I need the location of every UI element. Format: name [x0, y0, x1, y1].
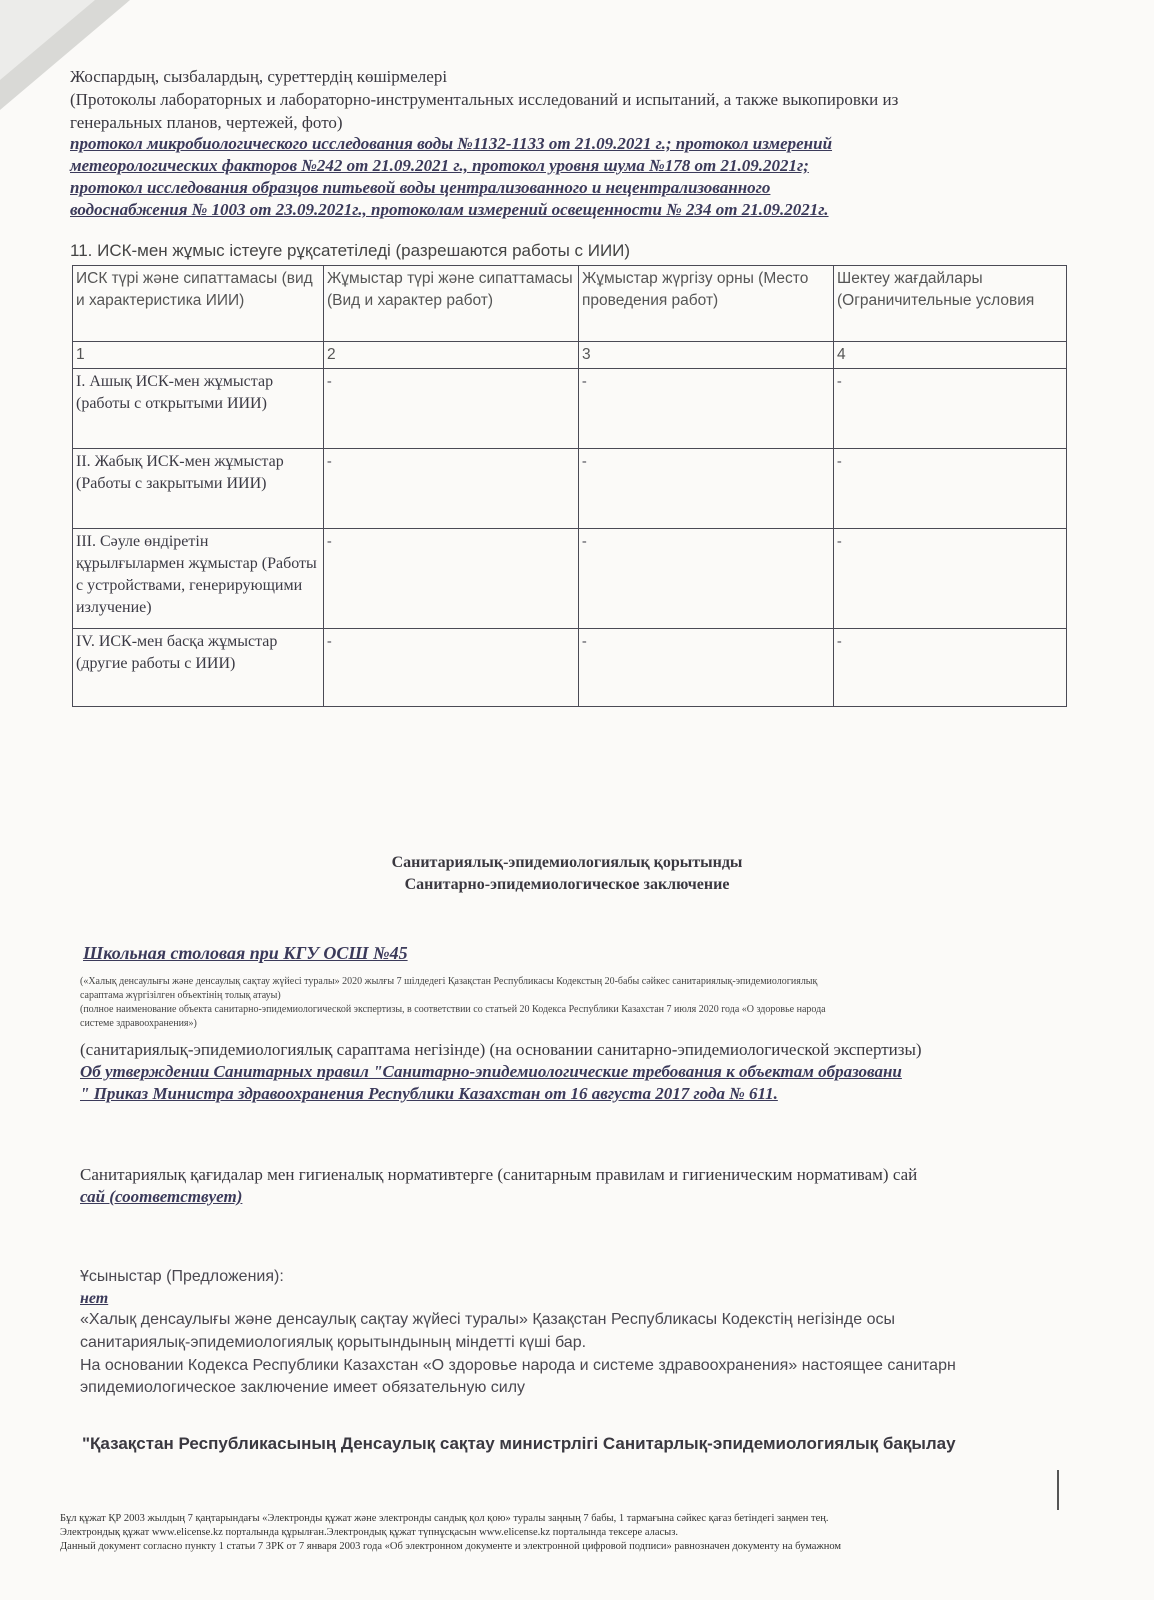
radiation-works-table: ИСК түрі және сипаттамасы (вид и характе… [72, 265, 1067, 707]
table-number-row: 1 2 3 4 [73, 342, 1067, 369]
protocol-line-4: водоснабжения № 1003 от 23.09.2021г., пр… [70, 199, 829, 221]
column-number: 4 [834, 342, 1067, 369]
conclusion-title-kz: Санитариялық-эпидемиологиялық қорытынды [0, 854, 1144, 872]
protocols-description-cont: генеральных планов, чертежей, фото) [70, 112, 343, 134]
cell-value: - [834, 449, 1067, 529]
object-note-kz: («Халық денсаулығы және денсаулық сақтау… [80, 975, 817, 988]
legal-note-kz-cont: санитариялық-эпидемиологиялық қорытындын… [80, 1334, 586, 1352]
cell-value: - [324, 629, 579, 707]
header-cell: Шектеу жағдайлары (Ограничительные услов… [834, 266, 1067, 342]
protocol-line-3: протокол исследования образцов питьевой … [70, 177, 770, 199]
row-label: III. Сәуле өндіретін құрылғылармен жұмыс… [73, 529, 324, 629]
scanned-document-page: Жоспардың, сызбалардың, суреттердің көші… [0, 0, 1154, 1600]
cell-value: - [834, 529, 1067, 629]
legal-note-ru: На основании Кодекса Республики Казахста… [80, 1357, 956, 1375]
column-number: 1 [73, 342, 324, 369]
cell-value: - [834, 629, 1067, 707]
cell-value: - [579, 369, 834, 449]
column-number: 2 [324, 342, 579, 369]
cell-value: - [324, 449, 579, 529]
compliance-value: сай (соответствует) [80, 1187, 242, 1207]
table-header-row: ИСК түрі және сипаттамасы (вид и характе… [73, 266, 1067, 342]
object-name: Школьная столовая при КГУ ОСШ №45 [83, 943, 408, 964]
row-label: II. Жабық ИСК-мен жұмыстар (Работы с зак… [73, 449, 324, 529]
header-cell: Жұмыстар түрі және сипаттамасы (Вид и ха… [324, 266, 579, 342]
table-row: I. Ашық ИСК-мен жұмыстар (работы с откры… [73, 369, 1067, 449]
plans-copies-heading: Жоспардың, сызбалардың, суреттердің көші… [70, 66, 447, 88]
cell-value: - [834, 369, 1067, 449]
cell-value: - [579, 629, 834, 707]
header-cell: ИСК түрі және сипаттамасы (вид и характе… [73, 266, 324, 342]
margin-mark [1057, 1470, 1059, 1510]
protocols-description: (Протоколы лабораторных и лабораторно-ин… [70, 89, 898, 111]
section-ii-title: 11. ИСК-мен жұмыс істеуге рұқсатетіледі … [70, 241, 630, 261]
object-note-ru: (полное наименование объекта санитарно-э… [80, 1003, 826, 1016]
header-cell: Жұмыстар жүргізу орны (Место проведения … [579, 266, 834, 342]
expertise-basis: (санитариялық-эпидемиологиялық сараптама… [80, 1040, 922, 1060]
table-row: II. Жабық ИСК-мен жұмыстар (Работы с зак… [73, 449, 1067, 529]
legal-note-ru-cont: эпидемиологическое заключение имеет обяз… [80, 1379, 525, 1397]
cell-value: - [324, 529, 579, 629]
object-note-ru-cont: системе здравоохранения») [80, 1017, 197, 1030]
cell-value: - [579, 449, 834, 529]
object-note-kz-cont: сараптама жүргізілген объектінің толық а… [80, 989, 281, 1002]
basis-document-line-1: Об утверждении Санитарных правил "Санита… [80, 1062, 902, 1082]
basis-document-line-2: " Приказ Министра здравоохранения Респуб… [80, 1084, 778, 1104]
footer-line-2: Электрондық құжат www.elicense.kz портал… [60, 1526, 678, 1540]
proposals-value: нет [80, 1290, 108, 1308]
footer-line-3: Данный документ согласно пункту 1 статьи… [60, 1540, 841, 1554]
proposals-label: Ұсыныстар (Предложения): [80, 1268, 284, 1286]
row-label: I. Ашық ИСК-мен жұмыстар (работы с откры… [73, 369, 324, 449]
compliance-statement: Санитариялық қағидалар мен гигиеналық но… [80, 1165, 917, 1185]
footer-line-1: Бұл құжат ҚР 2003 жылдың 7 қаңтарындағы … [60, 1512, 828, 1526]
protocol-line-1: протокол микробиологического исследовани… [70, 133, 832, 155]
cell-value: - [579, 529, 834, 629]
row-label: IV. ИСК-мен басқа жұмыстар (другие работ… [73, 629, 324, 707]
issuing-authority: "Қазақстан Республикасының Денсаулық сақ… [82, 1434, 956, 1454]
conclusion-title-ru: Санитарно-эпидемиологическое заключение [0, 876, 1144, 894]
column-number: 3 [579, 342, 834, 369]
table-row: IV. ИСК-мен басқа жұмыстар (другие работ… [73, 629, 1067, 707]
table-row: III. Сәуле өндіретін құрылғылармен жұмыс… [73, 529, 1067, 629]
protocol-line-2: метеорологических факторов №242 от 21.09… [70, 155, 809, 177]
legal-note-kz: «Халық денсаулығы және денсаулық сақтау … [80, 1311, 895, 1329]
cell-value: - [324, 369, 579, 449]
